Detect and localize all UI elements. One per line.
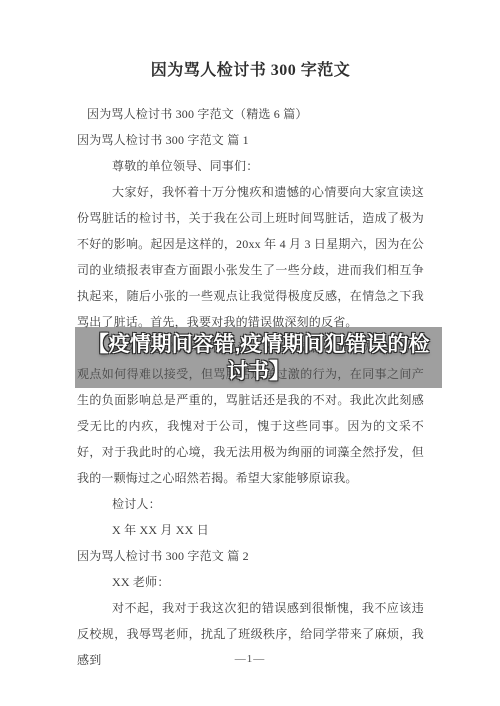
document-page: 因为骂人检讨书 300 字范文 因为骂人检讨书 300 字范文（精选 6 篇） … xyxy=(0,0,500,706)
signature-date: X 年 XX 月 XX 日 xyxy=(77,517,424,543)
overlay-banner: 【疫情期间容错,疫情期间犯错误的检讨书】 xyxy=(75,327,442,388)
doc-subtitle: 因为骂人检讨书 300 字范文（精选 6 篇） xyxy=(77,101,424,127)
overlay-banner-text: 【疫情期间容错,疫情期间犯错误的检讨书】 xyxy=(75,331,442,385)
document-title: 因为骂人检讨书 300 字范文 xyxy=(77,58,424,84)
salutation-2: XX 老师： xyxy=(77,569,424,595)
signature-label: 检讨人： xyxy=(77,491,424,517)
page-number: —1— xyxy=(0,649,500,669)
section-heading-part1: 因为骂人检讨书 300 字范文 篇 1 xyxy=(77,127,424,153)
salutation-1: 尊敬的单位领导、同事们： xyxy=(77,153,424,179)
section-heading-part2: 因为骂人检讨书 300 字范文 篇 2 xyxy=(77,543,424,569)
body-paragraph-1: 大家好，我怀着十万分愧疚和遗憾的心情要向大家宣读这份骂脏话的检讨书，关于我在公司… xyxy=(77,179,424,335)
